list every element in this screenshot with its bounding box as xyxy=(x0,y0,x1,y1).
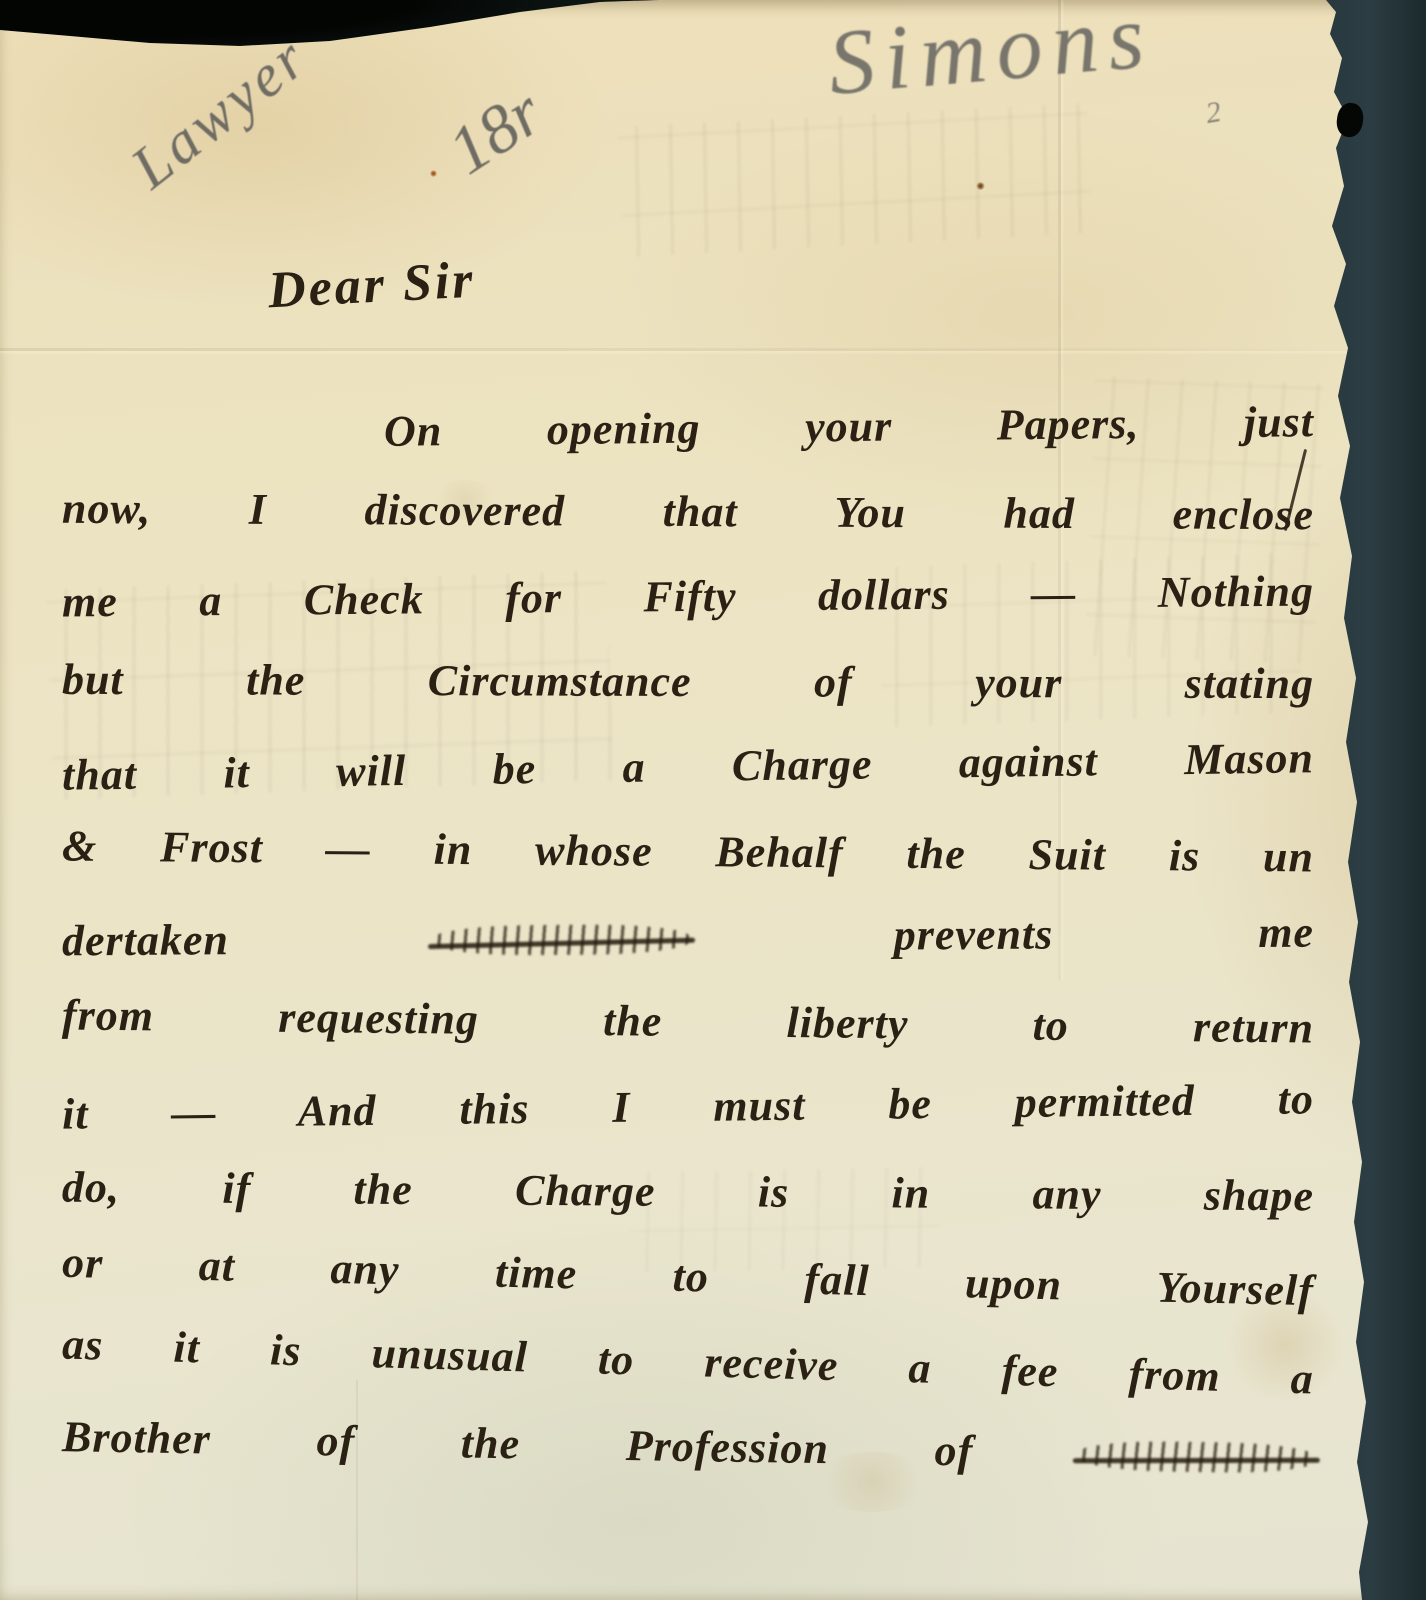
letter-line-2: now, I discovered that You had enclose xyxy=(62,486,1314,539)
horizontal-crease xyxy=(0,348,1360,351)
rust-fleck-stain xyxy=(430,170,437,177)
pencil-annotation-number: 18r xyxy=(434,73,556,191)
letter-text: that it will be a Charge against Mason xyxy=(62,733,1315,799)
paper-sheet: Lawyer 18r Simons 2 Dear Sir On opening … xyxy=(0,0,1426,1600)
crossed-out-scribble xyxy=(434,924,689,956)
pencil-page-number: 2 xyxy=(1203,95,1224,131)
letter-line-9: it — And this I must be permitted to xyxy=(62,1076,1314,1137)
letter-line-11: or at any time to fall upon Yourself xyxy=(62,1240,1315,1314)
letter-text: or at any time to fall upon Yourself xyxy=(62,1238,1315,1315)
letter-text: Brother of the Profession of xyxy=(62,1412,974,1475)
crossed-out-scribble xyxy=(1079,1440,1314,1474)
letter-line-6: & Frost — in whose Behalf the Suit is un xyxy=(62,824,1314,881)
letter-scan: Lawyer 18r Simons 2 Dear Sir On opening … xyxy=(0,0,1426,1600)
letter-line-5: that it will be a Charge against Mason xyxy=(62,735,1315,798)
letter-text: On opening your Papers, just xyxy=(384,397,1314,456)
salutation: Dear Sir xyxy=(267,251,477,321)
ink-fleck-stain xyxy=(976,182,985,190)
letter-text: do, if the Charge is in any shape xyxy=(62,1163,1314,1221)
letter-text: from requesting the liberty to return xyxy=(62,990,1314,1052)
letter-line-12: as it is unusual to receive a fee from a xyxy=(62,1322,1315,1403)
letter-text: but the Circumstance of your stating xyxy=(62,655,1314,708)
pencil-annotation-simons: Simons xyxy=(824,0,1158,116)
letter-line-1: On opening your Papers, just xyxy=(384,399,1314,455)
letter-text: me a Check for Fifty dollars — Nothing xyxy=(62,567,1314,627)
letter-line-13: Brother of the Profession of xyxy=(62,1414,1315,1480)
letter-text: prevents me xyxy=(894,908,1315,960)
letter-text: as it is unusual to receive a fee from a xyxy=(62,1320,1315,1404)
letter-text: now, I discovered that You had enclose xyxy=(62,484,1314,540)
letter-line-3: me a Check for Fifty dollars — Nothing xyxy=(62,569,1314,626)
letter-line-7: dertaken prevents me xyxy=(62,910,1314,965)
bleed-through-ghost-text xyxy=(617,103,1093,257)
letter-text: it — And this I must be permitted to xyxy=(62,1074,1315,1138)
letter-line-8: from requesting the liberty to return xyxy=(62,992,1314,1051)
letter-text: dertaken xyxy=(62,915,229,965)
letter-line-10: do, if the Charge is in any shape xyxy=(62,1165,1314,1220)
letter-line-4: but the Circumstance of your stating xyxy=(62,657,1314,707)
pencil-annotation-lawyer: Lawyer xyxy=(118,23,321,203)
letter-body: On opening your Papers, just now, I disc… xyxy=(62,404,1314,1509)
letter-text: & Frost — in whose Behalf the Suit is un xyxy=(62,822,1314,882)
